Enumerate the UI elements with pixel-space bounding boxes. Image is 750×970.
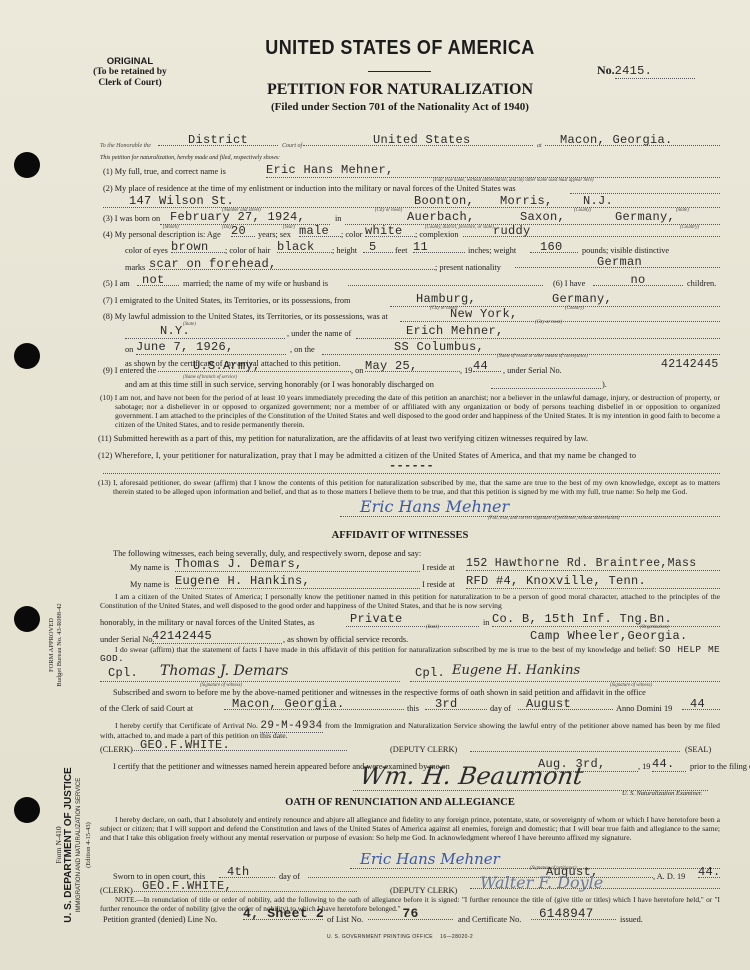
witness-2-signature: Eugene H. Hankins (452, 663, 580, 678)
court-type-field: District (158, 135, 278, 146)
item-7-label: (7) I emigrated to the United States, it… (103, 296, 350, 306)
emigration-city-value: Hamburg, (416, 292, 476, 306)
this-label: this (407, 704, 419, 714)
examiner-caption: U. S. Naturalization Examiner. (622, 790, 702, 797)
item-6-label: (6) I have (553, 279, 585, 289)
hole-punch (14, 797, 40, 823)
admission-date-field: June 7, 1926, (136, 340, 286, 355)
form-subtitle: (Filed under Section 701 of the National… (195, 101, 605, 113)
state-value: N.J. (583, 194, 613, 208)
oath-title: OATH OF RENUNCIATION AND ALLEGIANCE (250, 797, 550, 808)
discharge-date-field (491, 388, 601, 389)
city-value: Boonton, (414, 194, 474, 208)
item-5-6-row: (5) I am not married; the name of my wif… (103, 279, 723, 293)
emigration-country-value: Germany, (552, 292, 612, 306)
witness-1-address-field: 152 Hawthorne Rd. Braintree,Mass (466, 557, 720, 571)
reside-label: I reside at (422, 563, 455, 573)
serial-label: , under Serial No. (503, 366, 562, 376)
clerk-name-field: GEO.F.WHITE. (132, 740, 347, 751)
at-label: at (537, 141, 542, 151)
eyes-label: color of eyes (125, 246, 168, 256)
form-approved-label: FORM APPROVED (48, 590, 56, 700)
subscribed-month-field: August (518, 699, 613, 710)
witness-2-address-field: RFD #4, Knoxville, Tenn. (466, 574, 720, 589)
clerk-court-row: of the Clerk of said Court at Macon, Geo… (100, 704, 720, 718)
entry-year-field: 44 (473, 361, 501, 372)
on-the-label: , on the (290, 345, 315, 355)
caption: (Full, true, and correct signature of pe… (488, 516, 620, 521)
emigration-field: Hamburg, Germany, (390, 292, 720, 307)
budget-bureau-label: Budget Bureau No. 43-R088-42 (56, 590, 64, 700)
clerk-court-label: of the Clerk of said Court at (100, 704, 193, 714)
oath-text: I hereby declare, on oath, that I absolu… (100, 815, 720, 842)
swear-text: I do swear (affirm) that the statement o… (115, 645, 656, 654)
street-value: 147 Wilson St. (129, 194, 234, 208)
form-approval-note: FORM APPROVED Budget Bureau No. 43-R088-… (48, 590, 64, 700)
witness-1-signature-line: Cpl. Thomas J. Demars (100, 667, 400, 682)
in-label: in (335, 214, 341, 224)
certificate-label: and Certificate No. (458, 915, 521, 925)
new-name-field: ------ (103, 459, 720, 474)
reside-label: I reside at (422, 580, 455, 590)
service-status: and am at this time still in such servic… (125, 380, 434, 390)
vessel-field: SS Columbus, (322, 340, 720, 355)
citizen-statement: I am a citizen of the United States of A… (100, 592, 720, 610)
oath-clerk-field: GEO.F.WHITE, (132, 881, 357, 892)
service-branch-field: U.S.Army, (158, 361, 351, 372)
serial-number-field: 42142445 (661, 360, 719, 370)
hole-punch (14, 606, 40, 632)
issued-label: issued. (620, 915, 643, 925)
petitioner-signature: Eric Hans Mehner (340, 497, 720, 517)
item-1-label: (1) My full, true, and correct name is (103, 167, 226, 177)
records-label: , as shown by official service records. (283, 635, 408, 645)
county-value: Morris, (500, 194, 553, 208)
seal-label: (SEAL) (685, 745, 711, 755)
clerk-label: (CLERK) (100, 745, 133, 755)
eye-color-field: brown (171, 242, 225, 253)
spouse-name-field (348, 285, 543, 286)
distinctive-marks-field: scar on forehead, (149, 259, 435, 270)
complexion-label: ; complexion (415, 230, 459, 240)
swear-statement: I do swear (affirm) that the statement o… (100, 645, 720, 663)
hole-punch (14, 343, 40, 369)
deputy-clerk-label: (DEPUTY CLERK) (390, 745, 457, 755)
list-number-field: 76 (368, 909, 453, 920)
clerk-court-field: Macon, Georgia. (224, 699, 404, 710)
children-field: no (593, 275, 683, 286)
in-label: in (483, 618, 489, 628)
witness-1-signature: Thomas J. Demars (160, 663, 288, 679)
birth-region-value: Saxon, (520, 210, 565, 224)
witness-2-rank: Cpl. (415, 666, 445, 680)
court-prefix: To the Honorable the (100, 141, 151, 151)
sex-field: male (299, 226, 341, 237)
children-label: children. (687, 279, 716, 289)
caption: (Full, true name, without abbreviation, … (433, 178, 593, 183)
number-label: No. (597, 63, 615, 77)
petition-intro: This petition for naturalization, hereby… (100, 155, 280, 161)
item-9-label: (9) I entered the (103, 366, 156, 376)
examiner-signature: Wm. H. Beaumont (353, 762, 712, 791)
caption: (Rank) (426, 625, 439, 630)
original-sub: (To be retained by (80, 67, 180, 78)
original-sub: Clerk of Court) (80, 78, 180, 89)
serving-label: honorably, in the military or naval forc… (100, 618, 314, 628)
department-label: U. S. DEPARTMENT OF JUSTICE (64, 755, 74, 935)
item-10-text: (10) I am not, and have not been for the… (100, 393, 720, 429)
printer-imprint: U. S. GOVERNMENT PRINTING OFFICE 16—2802… (250, 934, 550, 940)
court-of-label: Court of (282, 141, 302, 151)
deputy-clerk-signature: Walter F. Doyle (470, 878, 720, 889)
married-field: not (137, 275, 179, 286)
height-feet-field: 5 (363, 242, 393, 253)
hair-color-field: black (277, 242, 332, 253)
caption: (State) (183, 322, 196, 327)
list-label: of List No. (327, 915, 363, 925)
organization-field: Co. B, 15th Inf. Tng.Bn. (492, 612, 720, 627)
witness-1-name-field: Thomas J. Demars, (175, 557, 420, 572)
rank-field: Private (346, 612, 479, 627)
ins-label: IMMIGRATION AND NATURALIZATION SERVICE (74, 755, 84, 935)
witness-serial-field: 42142445 (152, 629, 282, 644)
item-8-label: (8) My lawful admission to the United St… (103, 312, 388, 322)
complexion-field: ruddy (463, 226, 720, 237)
court-line: To the Honorable the District Court of U… (100, 137, 720, 151)
sworn-day-field: 4th (219, 867, 275, 878)
full-name-field: Eric Hans Mehner, (266, 163, 720, 178)
admission-name-field: Erich Mehner, (356, 324, 720, 339)
item-3-label: (3) I was born on (103, 214, 160, 224)
admission-state-field: N.Y. (125, 324, 285, 339)
marks-label: marks (125, 263, 145, 273)
hole-punch (14, 152, 40, 178)
age-field: 20 (231, 226, 255, 237)
item-5-label: (5) I am (103, 279, 130, 289)
on-label: , on (351, 366, 363, 376)
form-title: PETITION FOR NATURALIZATION (195, 81, 605, 99)
anno-domini-label: Anno Domini 19 (616, 704, 672, 714)
weight-label: inches; weight (468, 246, 516, 256)
court-of-field: United States (303, 135, 533, 146)
witness-name-label: My name is (130, 563, 169, 573)
married-label: married; the name of my wife or husband … (183, 279, 328, 289)
hair-label: ; color of hair (225, 246, 270, 256)
caption: (Name of vessel or other means of convey… (497, 354, 588, 359)
cert-text: I hereby certify that Certificate of Arr… (115, 721, 258, 730)
on-label: on (125, 345, 133, 355)
witness-1-rank: Cpl. (108, 666, 138, 680)
affidavit-title: AFFIDAVIT OF WITNESSES (300, 530, 500, 541)
day-of-label: day of (490, 704, 511, 714)
year-prefix: , 19 (460, 366, 472, 376)
feet-label: feet (395, 246, 407, 256)
certificate-number-field: 6148947 (531, 909, 616, 920)
sex-label: years; sex (258, 230, 291, 240)
nationality-field: German (515, 257, 720, 268)
country-heading: UNITED STATES OF AMERICA (234, 37, 567, 60)
subscribed-day-field: 3rd (425, 699, 487, 710)
edition-label: (Edition 4-15-43) (84, 755, 94, 935)
paren-close: ). (602, 380, 607, 390)
camp-location-value: Camp Wheeler,Georgia. (530, 629, 688, 643)
petition-granted-row: Petition granted (denied) Line No. 4, Sh… (103, 915, 720, 929)
witness-2-signature-line: Cpl. Eugene H. Hankins (410, 667, 720, 682)
granted-label: Petition granted (denied) Line No. (103, 915, 217, 925)
petition-number: No.2415. (597, 63, 695, 79)
item-4-label: (4) My personal description is: Age (103, 230, 221, 240)
serial-label: under Serial No. (100, 635, 155, 645)
entry-date-field: May 25, (365, 361, 460, 372)
heading-divider (368, 71, 431, 72)
nationality-label: ; present nationality (435, 263, 501, 273)
petition-document: FORM APPROVED Budget Bureau No. 43-R088-… (0, 0, 750, 970)
color-label: ; color (341, 230, 362, 240)
item-11-text: (11) Submitted herewith as a part of thi… (98, 434, 588, 444)
height-inches-field: 11 (413, 242, 465, 253)
height-label: ; height (332, 246, 357, 256)
birthplace-field: Auerbach, Saxon, Germany, (345, 210, 720, 225)
weight-field: 160 (530, 242, 578, 253)
deputy-clerk-field (470, 751, 680, 752)
witness-2-name-field: Eugene H. Hankins, (175, 574, 420, 589)
original-title: ORIGINAL (80, 56, 180, 67)
line-sheet-field: 4, Sheet 2 (243, 909, 323, 920)
witness-name-label: My name is (130, 580, 169, 590)
birth-date-field: February 27, 1924, (160, 210, 330, 225)
color-field: white (365, 226, 415, 237)
sworn-year-field: 44. (698, 867, 720, 878)
court-location-field: Macon, Georgia. (545, 135, 720, 146)
item-2-label: (2) My place of residence at the time of… (103, 184, 516, 194)
item-13-text: (13) I, aforesaid petitioner, do swear (… (98, 478, 720, 496)
name-of-label: , under the name of (287, 329, 351, 339)
original-note: ORIGINAL (To be retained by Clerk of Cou… (80, 56, 180, 89)
birth-city-value: Auerbach, (407, 210, 475, 224)
number-value: 2415. (615, 64, 695, 79)
department-block: Form N-410 U. S. DEPARTMENT OF JUSTICE I… (54, 755, 94, 935)
birth-country-value: Germany, (615, 210, 675, 224)
residence-field: 147 Wilson St. Boonton, Morris, N.J. (103, 195, 720, 208)
subscribed-year-field: 44 (682, 699, 720, 710)
